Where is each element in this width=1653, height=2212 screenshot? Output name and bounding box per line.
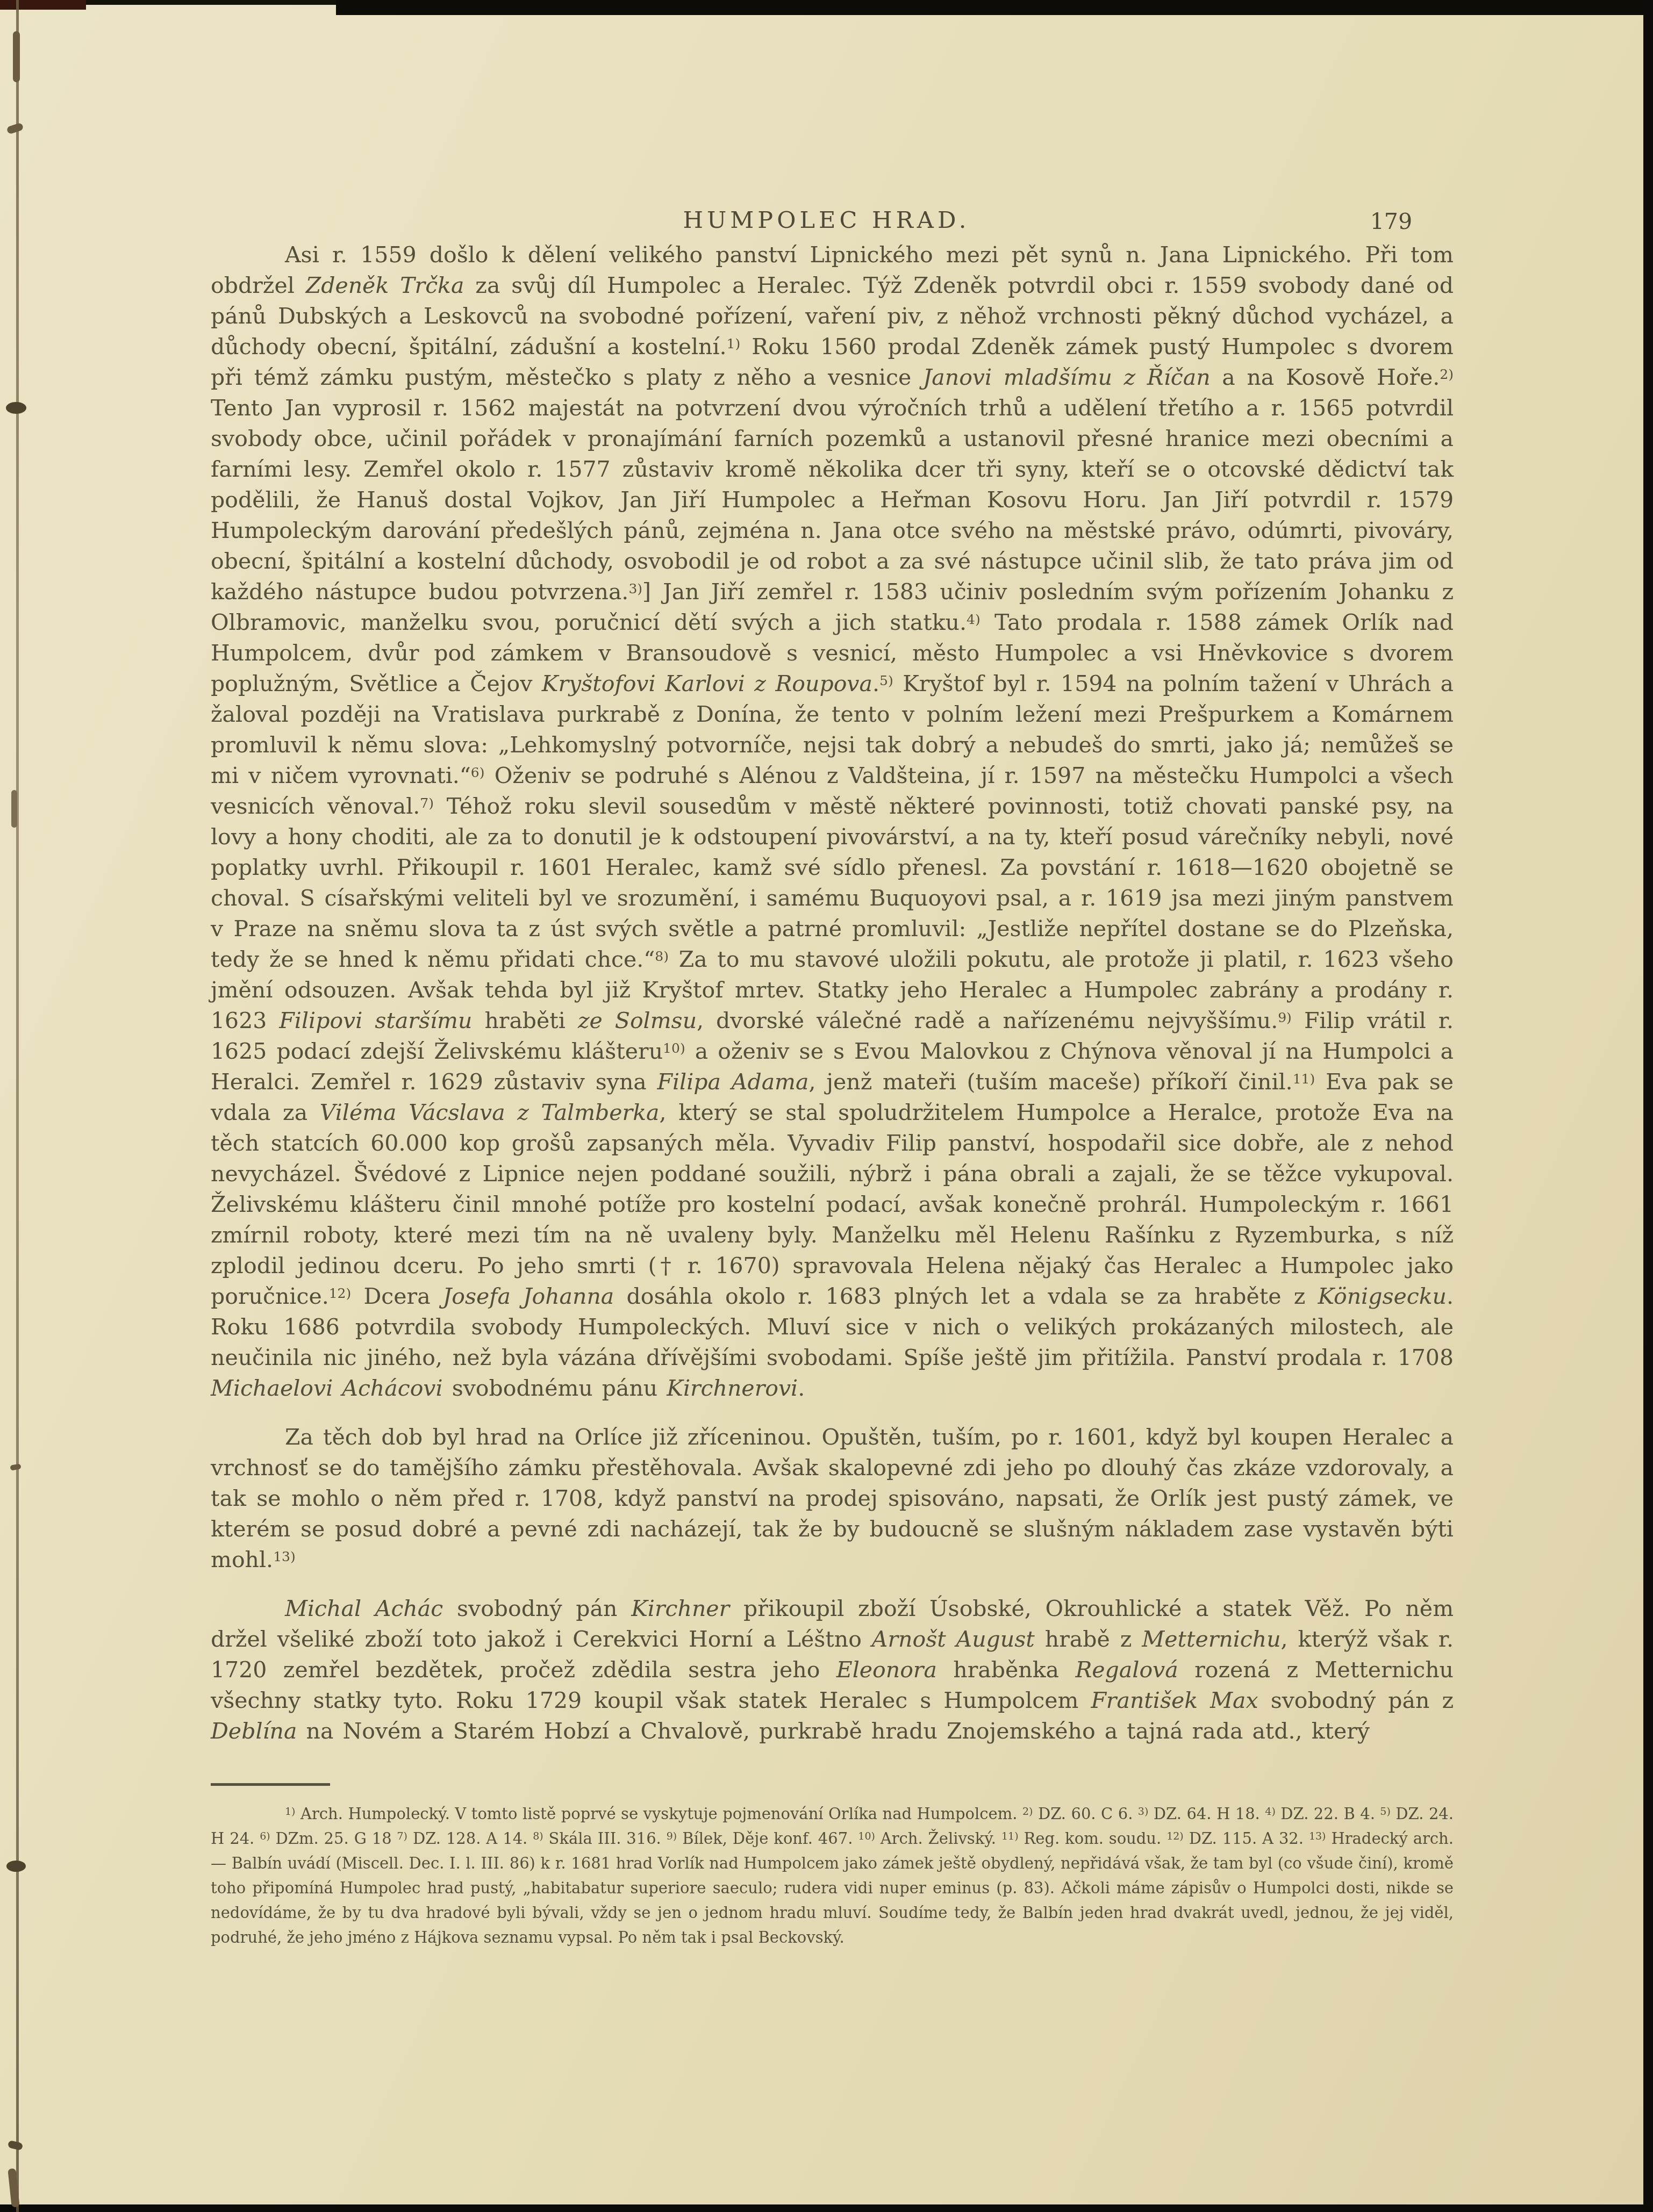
text-run: Bílek, Děje konf. 467. (677, 1829, 858, 1848)
footnote-marker: 4) (1265, 1806, 1276, 1818)
text-run: svobodnému pánu (443, 1375, 667, 1401)
text-run: . (798, 1375, 805, 1401)
footnote-marker: 1) (727, 336, 741, 351)
text-run: Zdeněk Trčka (306, 272, 464, 298)
text-run: DZ. 128. A 14. (407, 1829, 533, 1848)
binding-crease (16, 0, 19, 2212)
footnote-marker: 11) (1293, 1071, 1315, 1087)
footnote-marker: 12) (1167, 1830, 1184, 1842)
text-run: , dvorské válečné radě a nařízenému nejv… (697, 1008, 1278, 1033)
footnote-marker: 9) (1278, 1010, 1292, 1025)
footnote-marker: 2) (1022, 1806, 1033, 1818)
scan-edge-bottom (0, 2204, 1653, 2212)
text-run: DZm. 25. G 18 (270, 1829, 397, 1848)
footnote-marker: 8) (533, 1830, 543, 1842)
scan-blemish (13, 31, 20, 82)
scan-blemish (8, 2140, 24, 2151)
footnote-marker: 10) (663, 1040, 685, 1056)
text-run: Michaelovi Achácovi (211, 1375, 443, 1401)
text-run: hrabě z (1035, 1626, 1142, 1652)
footnote-marker: 6) (471, 765, 485, 780)
text-run: , který se stal spoludržitelem Humpolce … (211, 1100, 1454, 1309)
text-run: Skála III. 316. (543, 1829, 667, 1848)
footnote-marker: 13) (1309, 1830, 1326, 1842)
footnote-marker: 12) (329, 1285, 352, 1301)
text-run: a na Kosově Hoře. (1211, 364, 1440, 390)
text-run: Janovi mladšímu z Říčan (923, 364, 1211, 390)
footnote-marker: 11) (1001, 1830, 1019, 1842)
text-run: , jenž mateři (tuším maceše) příkoří čin… (808, 1069, 1292, 1095)
footnote-marker: 7) (420, 795, 434, 811)
text-run: DZ. 60. C 6. (1033, 1805, 1137, 1823)
text-run: František Max (1091, 1687, 1258, 1713)
text-run: na Novém a Starém Hobzí a Chvalově, purk… (297, 1718, 1370, 1744)
text-run: hraběnka (937, 1657, 1076, 1683)
footnote-marker: 6) (260, 1830, 270, 1842)
footnote-separator-rule (211, 1783, 330, 1786)
text-run: Filipa Adama (657, 1069, 809, 1095)
text-run: svobodný pán (443, 1596, 631, 1621)
text-run: Deblína (211, 1718, 297, 1744)
text-run: Königsecku (1318, 1283, 1447, 1309)
scan-blemish (11, 790, 17, 828)
scan-blemish (6, 402, 26, 414)
text-run: . (872, 671, 879, 696)
text-run: Regalová (1075, 1657, 1178, 1683)
text-run: Tento Jan vyprosil r. 1562 majestát na p… (211, 395, 1454, 605)
text-run: Filipovi staršímu (279, 1008, 472, 1033)
scan-blemish (6, 1861, 26, 1872)
text-run: DZ. 64. H 18. (1148, 1805, 1265, 1823)
footnote-marker: 4) (967, 612, 981, 627)
page-number: 179 (1370, 209, 1412, 234)
footnote-marker: 1) (285, 1806, 296, 1818)
scan-edge-top (336, 0, 1653, 15)
footnote-marker: 8) (655, 949, 669, 964)
text-run: Téhož roku slevil sousedům v městě někte… (211, 793, 1454, 972)
footnote-marker: 3) (1138, 1806, 1149, 1818)
text-run: ze Solmsu (578, 1008, 697, 1033)
footnote-marker: 3) (628, 581, 642, 597)
text-run: Arnošt August (872, 1626, 1035, 1652)
text-run: Kirchner (631, 1596, 729, 1621)
footnote-marker: 5) (879, 673, 893, 688)
text-run: Josefa Johanna (443, 1283, 614, 1309)
text-run: Viléma Vácslava z Talmberka (320, 1100, 660, 1125)
footnote-marker: 9) (667, 1830, 677, 1842)
text-run: Arch. Želivský. (875, 1829, 1001, 1848)
scan-edge-top-corner (0, 0, 86, 10)
footnote-marker: 2) (1440, 367, 1454, 382)
text-run: Kirchnerovi (667, 1375, 798, 1401)
scan-blemish (10, 1463, 21, 1470)
paragraph: Michal Achác svobodný pán Kirchner přiko… (211, 1593, 1454, 1747)
text-run: Eleonora (836, 1657, 937, 1683)
text-run: Kryštofovi Karlovi z Roupova (542, 671, 872, 696)
scanned-book-page: HUMPOLEC HRAD. 179 Asi r. 1559 došlo k d… (0, 0, 1653, 2212)
footnote-marker: 13) (273, 1549, 296, 1564)
text-run: Michal Achác (285, 1596, 443, 1621)
paragraph: Asi r. 1559 došlo k dělení velikého pans… (211, 240, 1454, 1404)
scan-blemish (6, 123, 24, 135)
text-run: Metternichu (1142, 1626, 1280, 1652)
text-run: DZ. 22. B 4. (1276, 1805, 1380, 1823)
text-run: Dcera (351, 1283, 443, 1309)
text-run: svobodný pán z (1258, 1687, 1454, 1713)
scan-edge-right (1643, 0, 1653, 2212)
footnotes-block: 1) Arch. Humpolecký. V tomto listě poprv… (211, 1801, 1454, 1950)
paragraph: Za těch dob byl hrad na Orlíce již zříce… (211, 1422, 1454, 1575)
text-run: dosáhla okolo r. 1683 plných let a vdala… (614, 1283, 1318, 1309)
text-run: Arch. Humpolecký. V tomto listě poprvé s… (296, 1805, 1022, 1823)
text-run: Reg. kom. soudu. (1019, 1829, 1167, 1848)
text-run: hraběti (472, 1008, 578, 1033)
footnote-marker: 7) (397, 1830, 407, 1842)
body-text: Asi r. 1559 došlo k dělení velikého pans… (211, 240, 1454, 1747)
footnote-marker: 10) (858, 1830, 875, 1842)
footnote-marker: 5) (1380, 1806, 1391, 1818)
text-run: DZ. 115. A 32. (1184, 1829, 1309, 1848)
text-run: Za těch dob byl hrad na Orlíce již zříce… (211, 1424, 1454, 1572)
